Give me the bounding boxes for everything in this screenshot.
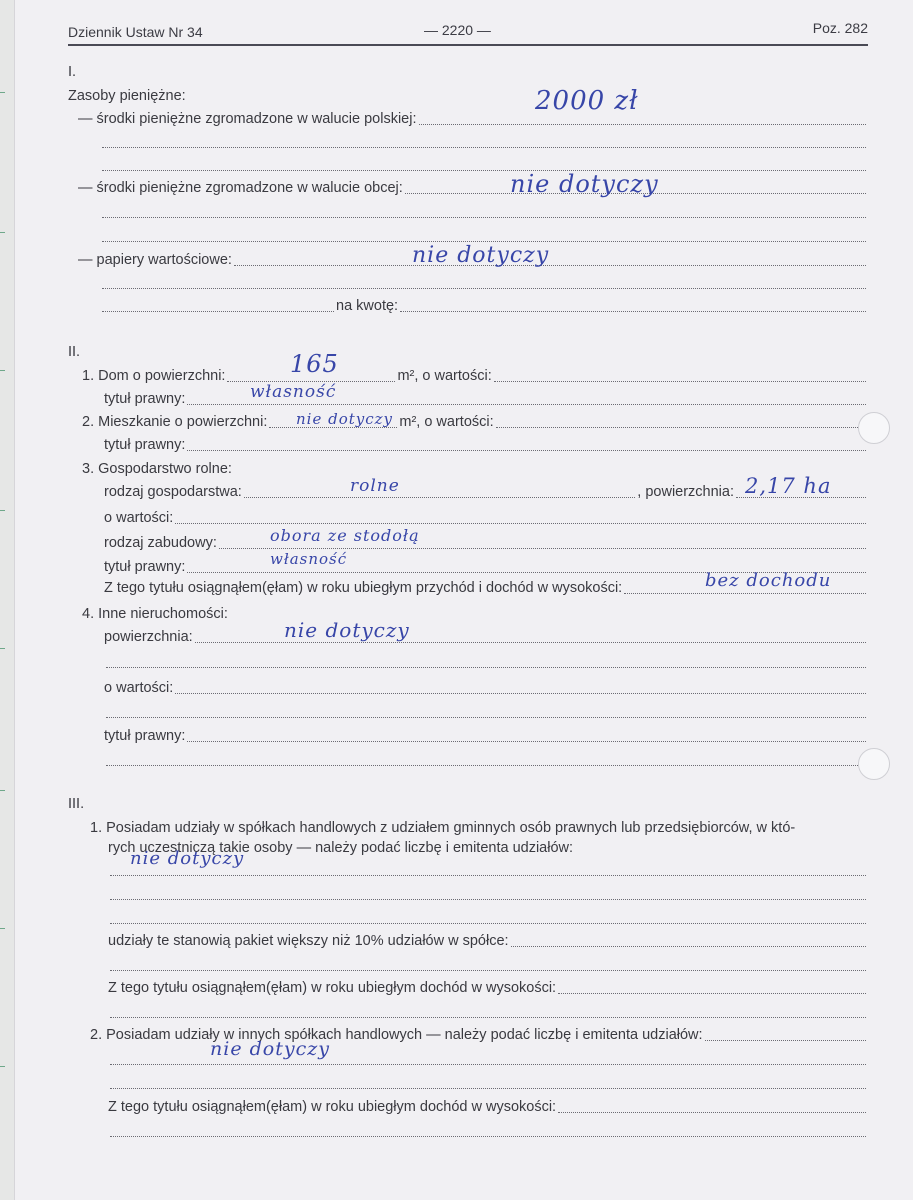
fill-line (496, 427, 866, 428)
label: , powierzchnia: (637, 484, 734, 500)
farm-value-field[interactable]: o wartości: (104, 510, 868, 528)
fill-line (110, 899, 866, 900)
farm-area-value: 2,17 ha (745, 474, 831, 498)
flat-title-field[interactable]: tytuł prawny: (104, 437, 868, 455)
label: rodzaj zabudowy: (104, 535, 217, 551)
fill-line (219, 548, 866, 549)
fill-line (110, 970, 866, 971)
shares-2-value: nie dotyczy (210, 1038, 330, 1060)
fill-line (102, 217, 866, 218)
shares-1-income-field[interactable]: Z tego tytułu osiągnąłem(ęłam) w roku ub… (108, 980, 868, 998)
farm-type-value: rolne (350, 476, 400, 496)
continuation-line (104, 654, 868, 672)
label: tytuł prawny: (104, 559, 185, 575)
label: Zasoby pieniężne: (68, 88, 186, 104)
fill-line (234, 265, 866, 266)
punch-hole (858, 748, 890, 780)
securities-value: nie dotyczy (412, 243, 549, 268)
foreign-funds-field[interactable]: — środki pieniężne zgromadzone w walucie… (78, 180, 868, 198)
label: rodzaj gospodarstwa: (104, 484, 242, 500)
flat-area-value: nie dotyczy (296, 410, 393, 428)
fill-line (511, 946, 866, 947)
fill-line (558, 993, 866, 994)
section-3-numeral: III. (68, 796, 84, 812)
label: Z tego tytułu osiągnąłem(ęłam) w roku ub… (104, 580, 622, 596)
label: 2. Mieszkanie o powierzchni: (82, 414, 267, 430)
other-area-value: nie dotyczy (284, 618, 410, 642)
fill-line (106, 667, 866, 668)
fill-line (624, 593, 866, 594)
label: o wartości: (104, 680, 173, 696)
securities-amount-field[interactable]: na kwotę: (100, 298, 868, 316)
continuation-line (108, 1075, 868, 1093)
fill-line (400, 311, 866, 312)
shares-2-income-field[interactable]: Z tego tytułu osiągnąłem(ęłam) w roku ub… (108, 1099, 868, 1117)
packet-field[interactable]: udziały te stanowią pakiet większy niż 1… (108, 933, 868, 951)
fill-line (175, 693, 866, 694)
label: tytuł prawny: (104, 728, 185, 744)
label: 4. Inne nieruchomości: (82, 606, 228, 622)
fill-line (106, 717, 866, 718)
fill-line (102, 147, 866, 148)
continuation-line (108, 1188, 148, 1200)
continuation-line (104, 752, 868, 770)
house-area-value: 165 (290, 350, 339, 378)
farm-heading: 3. Gospodarstwo rolne: (82, 461, 232, 479)
label: — środki pieniężne zgromadzone w walucie… (78, 180, 403, 196)
section-2-numeral: II. (68, 344, 80, 360)
label: m², o wartości: (397, 368, 491, 384)
fill-line (102, 288, 866, 289)
label: 3. Gospodarstwo rolne: (82, 461, 232, 477)
continuation-line (108, 1123, 868, 1141)
label: 1. Posiadam udziały w spółkach handlowyc… (90, 820, 795, 836)
farm-income-value: bez dochodu (705, 570, 831, 591)
label: na kwotę: (336, 298, 398, 314)
continuation-line (108, 1004, 868, 1022)
fill-line (106, 765, 866, 766)
continuation-line (100, 204, 868, 222)
other-value-field[interactable]: o wartości: (104, 680, 868, 698)
other-area-field[interactable]: powierzchnia: (104, 629, 868, 647)
publication-title: Dziennik Ustaw Nr 34 (68, 24, 203, 40)
continuation-line (100, 157, 868, 175)
label: 1. Dom o powierzchni: (82, 368, 225, 384)
fill-line (419, 124, 867, 125)
scan-edge (0, 0, 14, 1200)
fill-line (110, 1088, 866, 1089)
fill-line (110, 1017, 866, 1018)
fill-line (494, 381, 866, 382)
label: — papiery wartościowe: (78, 252, 232, 268)
fill-line (187, 450, 866, 451)
fill-line (110, 923, 866, 924)
section-1-numeral: I. (68, 64, 76, 80)
continuation-line (108, 910, 868, 928)
label: Z tego tytułu osiągnąłem(ęłam) w roku ub… (108, 980, 556, 996)
house-area-field[interactable]: 1. Dom o powierzchni:m², o wartości: (82, 368, 868, 386)
fill-line (110, 875, 866, 876)
fill-line (110, 1064, 866, 1065)
continuation-line (108, 957, 868, 975)
pln-funds-value: 2000 zł (535, 86, 639, 116)
fill-line (102, 170, 866, 171)
label: Z tego tytułu osiągnąłem(ęłam) w roku ub… (108, 1099, 556, 1115)
page-number: — 2220 — (424, 22, 491, 38)
shares-2-field[interactable]: 2. Posiadam udziały w innych spółkach ha… (90, 1027, 868, 1045)
flat-area-field[interactable]: 2. Mieszkanie o powierzchni:m², o wartoś… (82, 414, 868, 432)
label: — środki pieniężne zgromadzone w walucie… (78, 111, 417, 127)
label: tytuł prawny: (104, 437, 185, 453)
foreign-funds-value: nie dotyczy (510, 170, 659, 198)
fill-line (102, 241, 866, 242)
farm-buildings-value: obora ze stodołą (270, 526, 420, 545)
label: powierzchnia: (104, 629, 193, 645)
fill-line (187, 404, 866, 405)
house-title-field[interactable]: tytuł prawny: (104, 391, 868, 409)
farm-buildings-field[interactable]: rodzaj zabudowy: (104, 535, 868, 553)
pln-funds-field[interactable]: — środki pieniężne zgromadzone w walucie… (78, 111, 868, 129)
continuation-line (100, 275, 868, 293)
continuation-line (108, 886, 868, 904)
fill-line (175, 523, 866, 524)
fill-line (558, 1112, 866, 1113)
label: m², o wartości: (399, 414, 493, 430)
house-title-value: własność (250, 382, 336, 402)
label: tytuł prawny: (104, 391, 185, 407)
fill-line (187, 741, 866, 742)
shares-1-text: 1. Posiadam udziały w spółkach handlowyc… (90, 820, 795, 838)
fill-line (102, 311, 334, 312)
fill-line (244, 497, 635, 498)
label: udziały te stanowią pakiet większy niż 1… (108, 933, 509, 949)
page-header: Dziennik Ustaw Nr 34 — 2220 — Poz. 282 (68, 20, 868, 46)
label: 2. Posiadam udziały w innych spółkach ha… (90, 1027, 703, 1043)
fill-line (110, 1136, 866, 1137)
continuation-line (104, 704, 868, 722)
farm-title-value: własność (270, 550, 347, 568)
continuation-line (100, 134, 868, 152)
section-1-title: Zasoby pieniężne: (68, 88, 186, 106)
shares-1-value: nie dotyczy (130, 848, 244, 869)
fill-line (705, 1040, 866, 1041)
other-property-heading: 4. Inne nieruchomości: (82, 606, 228, 624)
fill-line (195, 642, 866, 643)
position-number: Poz. 282 (813, 20, 868, 36)
other-title-field[interactable]: tytuł prawny: (104, 728, 868, 746)
label: o wartości: (104, 510, 173, 526)
